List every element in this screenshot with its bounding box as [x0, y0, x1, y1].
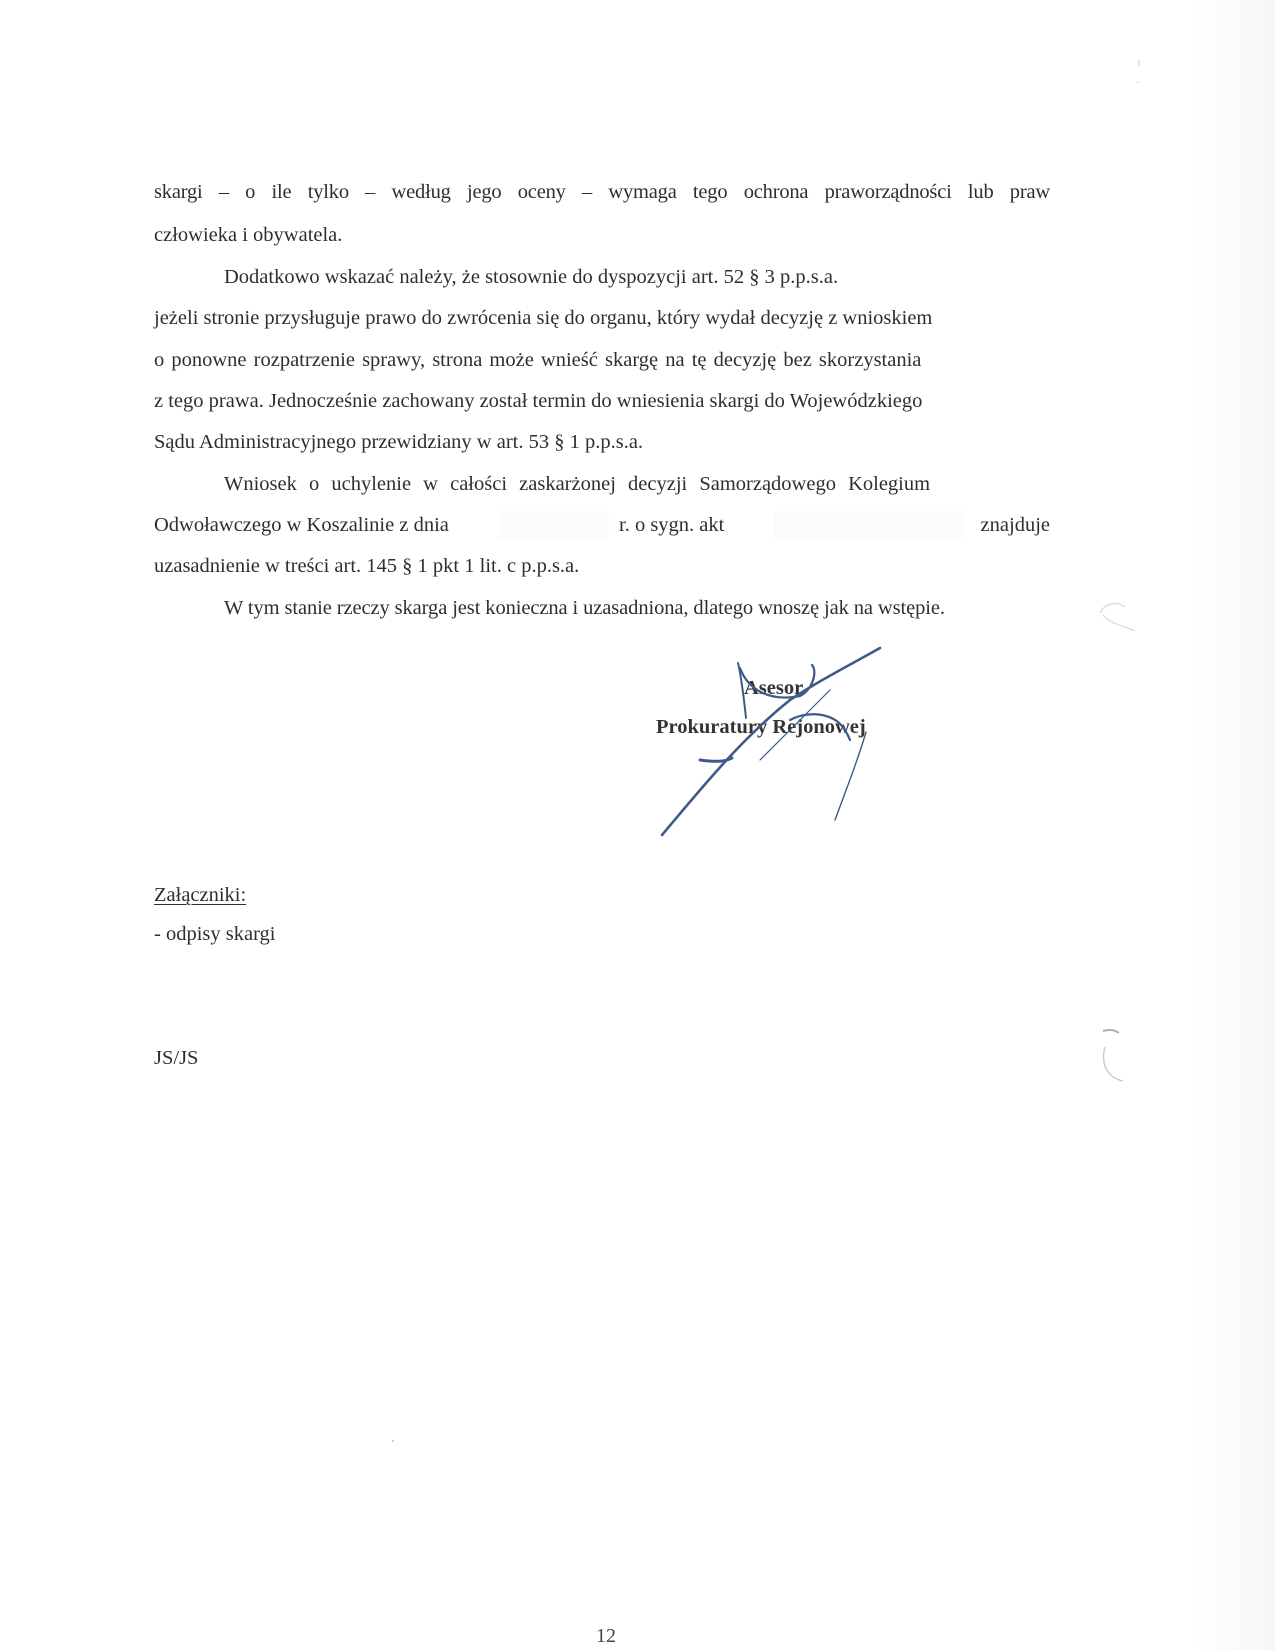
body-line-5: o ponowne rozpatrzenie sprawy, strona mo…	[154, 348, 921, 372]
redacted-line-part1: Odwoławczego w Koszalinie z dnia	[154, 513, 449, 537]
scan-artifact-dot	[1136, 82, 1140, 83]
handwritten-signature	[0, 0, 1275, 1650]
body-line-8: Wniosek o uchylenie w całości zaskarżone…	[224, 472, 930, 496]
page-number: 12	[596, 1625, 616, 1648]
redacted-line-part2: r. o sygn. akt	[619, 513, 724, 537]
body-line-10: W tym stanie rzeczy skarga jest konieczn…	[224, 596, 945, 620]
signature-title-line1: Asesor	[744, 676, 803, 700]
body-line-9: uzasadnienie w treści art. 145 § 1 pkt 1…	[154, 554, 579, 578]
body-line-2: człowieka i obywatela.	[154, 223, 342, 247]
body-line-7: Sądu Administracyjnego przewidziany w ar…	[154, 430, 643, 454]
body-line-4: jeżeli stronie przysługuje prawo do zwró…	[154, 306, 932, 330]
scan-artifact-mark	[1095, 595, 1145, 635]
scan-edge-shadow	[1195, 0, 1275, 1650]
signature-title-line2: Prokuratury Rejonowej	[656, 715, 866, 739]
document-page: skargi – o ile tylko – według jego oceny…	[0, 0, 1275, 1650]
body-line-6: z tego prawa. Jednocześnie zachowany zos…	[154, 389, 922, 413]
redaction-case-number	[774, 511, 964, 539]
body-line-1: skargi – o ile tylko – według jego oceny…	[154, 180, 1050, 204]
attachment-item: - odpisy skargi	[154, 922, 275, 946]
author-initials: JS/JS	[154, 1046, 198, 1070]
scan-artifact-dot	[1138, 60, 1140, 66]
redaction-date	[499, 511, 609, 539]
attachments-header: Załączniki:	[154, 883, 246, 907]
body-line-text: skargi – o ile tylko – według jego oceny…	[154, 180, 1050, 204]
scan-artifact-hole	[1095, 1025, 1135, 1085]
redacted-line-part3: znajduje	[981, 513, 1050, 537]
scan-artifact-dot	[392, 1440, 394, 1442]
body-line-3: Dodatkowo wskazać należy, że stosownie d…	[224, 265, 1050, 289]
